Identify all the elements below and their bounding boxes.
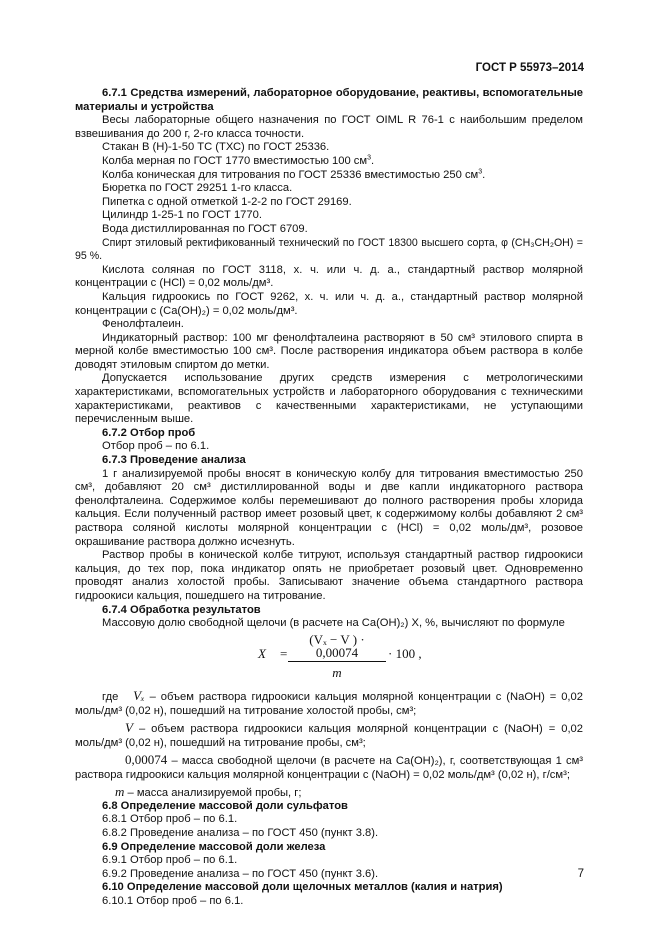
document-header-id: ГОСТ Р 55973–2014 bbox=[476, 62, 584, 74]
formula-lhs: X bbox=[258, 647, 266, 661]
section-6-9-heading: 6.9 Определение массовой доли железа bbox=[75, 841, 583, 855]
definition-v: V – объем раствора гидроокиси кальция мо… bbox=[75, 721, 583, 750]
formula-definitions: где Vₓ – объем раствора гидроокиси кальц… bbox=[75, 689, 583, 800]
section-6-7-2-heading: 6.7.2 Отбор проб bbox=[75, 427, 583, 441]
page-number: 7 bbox=[578, 868, 584, 880]
section-6-7-1-heading: 6.7.1 Средства измерений, лабораторное о… bbox=[75, 87, 583, 114]
equipment-item: Пипетка с одной отметкой 1-2-2 по ГОСТ 2… bbox=[75, 196, 583, 210]
formula-equals: = bbox=[280, 647, 287, 661]
section-6-8-heading: 6.8 Определение массовой доли сульфатов bbox=[75, 800, 583, 814]
analysis-paragraph-2: Раствор пробы в конической колбе титруют… bbox=[75, 549, 583, 603]
section-6-7-2-text: Отбор проб – по 6.1. bbox=[75, 440, 583, 454]
section-6-8-item: 6.8.1 Отбор проб – по 6.1. bbox=[75, 813, 583, 827]
section-6-8-item: 6.8.2 Проведение анализа – по ГОСТ 450 (… bbox=[75, 827, 583, 841]
analysis-paragraph-1: 1 г анализируемой пробы вносят в коничес… bbox=[75, 468, 583, 550]
equipment-item: Цилиндр 1-25-1 по ГОСТ 1770. bbox=[75, 209, 583, 223]
equipment-item: Спирт этиловый ректификованный техническ… bbox=[75, 237, 583, 264]
section-6-9-item: 6.9.2 Проведение анализа – по ГОСТ 450 (… bbox=[75, 868, 583, 882]
section-6-9-item: 6.9.1 Отбор проб – по 6.1. bbox=[75, 854, 583, 868]
equipment-item: Весы лабораторные общего назначения по Г… bbox=[75, 114, 583, 141]
equipment-item: Колба коническая для титрования по ГОСТ … bbox=[75, 169, 583, 183]
definition-m: m – масса анализируемой пробы, г; bbox=[75, 785, 583, 800]
equipment-item: Стакан В (Н)-1-50 ТС (ТХС) по ГОСТ 25336… bbox=[75, 141, 583, 155]
equipment-item: Вода дистиллированная по ГОСТ 6709. bbox=[75, 223, 583, 237]
indicator-solution-paragraph: Индикаторный раствор: 100 мг фенолфталеи… bbox=[75, 332, 583, 373]
equipment-item: Кальция гидроокись по ГОСТ 9262, х. ч. и… bbox=[75, 291, 583, 318]
document-body: 6.7.1 Средства измерений, лабораторное о… bbox=[75, 87, 583, 909]
formula-numerator: (Vₓ − V ) · 0,00074 bbox=[288, 633, 386, 662]
formula-tail: · 100 , bbox=[388, 647, 422, 661]
section-6-10-heading: 6.10 Определение массовой доли щелочных … bbox=[75, 881, 583, 895]
equipment-item: Кислота соляная по ГОСТ 3118, х. ч. или … bbox=[75, 264, 583, 291]
document-page: ГОСТ Р 55973–2014 6.7.1 Средства измерен… bbox=[0, 0, 661, 936]
formula-denominator: m bbox=[288, 662, 386, 680]
definition-coefficient: 0,00074 – масса свободной щелочи (в расч… bbox=[75, 753, 583, 782]
equipment-item: Колба мерная по ГОСТ 1770 вместимостью 1… bbox=[75, 155, 583, 169]
section-6-7-4-heading: 6.7.4 Обработка результатов bbox=[75, 604, 583, 618]
formula-fraction: (Vₓ − V ) · 0,00074 m bbox=[288, 633, 386, 680]
formula-intro: Массовую долю свободной щелочи (в расчет… bbox=[75, 617, 583, 631]
equipment-item: Фенолфталеин. bbox=[75, 318, 583, 332]
substitution-paragraph: Допускается использование других средств… bbox=[75, 372, 583, 426]
section-6-7-3-heading: 6.7.3 Проведение анализа bbox=[75, 454, 583, 468]
calculation-formula: X = (Vₓ − V ) · 0,00074 m · 100 , bbox=[75, 633, 583, 683]
equipment-item: Бюретка по ГОСТ 29251 1-го класса. bbox=[75, 182, 583, 196]
section-6-10-item: 6.10.1 Отбор проб – по 6.1. bbox=[75, 895, 583, 909]
definition-vx: где Vₓ – объем раствора гидроокиси кальц… bbox=[75, 689, 583, 718]
